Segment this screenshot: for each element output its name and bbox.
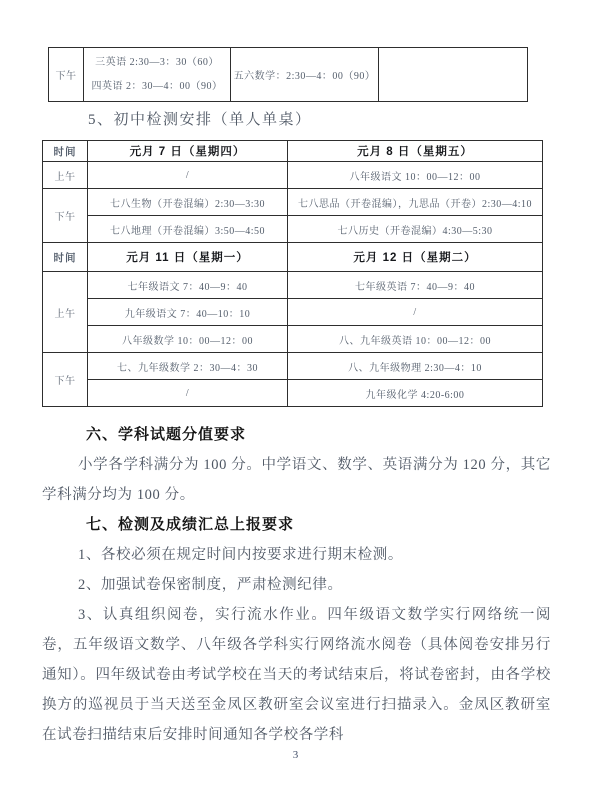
section7-item-3: 3、认真组织阅卷，实行流水作业。四年级语文数学实行网络统一阅卷，五年级语文数学、… — [42, 600, 551, 750]
time-slot-morning: 上午 — [43, 272, 88, 353]
exam-cell: 七八地理（开卷混编）3:50—4:50 — [88, 216, 288, 243]
section7-item-1: 1、各校必须在规定时间内按要求进行期末检测。 — [42, 540, 551, 570]
exam-cell: 七年级语文 7：40—9：40 — [88, 272, 288, 299]
empty-slash-cell: / — [88, 380, 288, 407]
exam-cell: 八年级数学 10：00—12：00 — [88, 326, 288, 353]
header-date-jan7: 元月 7 日（星期四） — [88, 141, 288, 162]
time-slot-afternoon: 下午 — [43, 353, 88, 407]
body-content: 六、学科试题分值要求 小学各学科满分为 100 分。中学语文、数学、英语满分为 … — [42, 420, 551, 750]
header-date-jan11: 元月 11 日（星期一） — [88, 243, 288, 272]
exam-cell: 七、九年级数学 2：30—4：30 — [88, 353, 288, 380]
exam-cell-english-3-4: 三英语 2:30—3：30（60）四英语 2：30—4：00（90） — [84, 48, 231, 102]
empty-slash-cell: / — [88, 162, 288, 189]
section7-item-2: 2、加强试卷保密制度，严肃检测纪律。 — [42, 570, 551, 600]
section6-paragraph: 小学各学科满分为 100 分。中学语文、数学、英语满分为 120 分，其它学科满… — [42, 450, 551, 510]
empty-cell — [379, 48, 528, 102]
header-time: 时间 — [43, 243, 88, 272]
section5-title: 5、初中检测安排（单人单桌） — [42, 108, 551, 129]
exam-cell: 九年级语文 7：40—10：10 — [88, 299, 288, 326]
section7-title: 七、检测及成绩汇总上报要求 — [42, 510, 551, 540]
exam-cell: 七八思品（开卷混编），九思品（开卷）2:30—4:10 — [288, 189, 543, 216]
header-date-jan8: 元月 8 日（星期五） — [288, 141, 543, 162]
exam-cell-math-5-6: 五六数学：2:30—4：00（90） — [231, 48, 379, 102]
exam-cell: 九年级化学 4:20-6:00 — [288, 380, 543, 407]
exam-cell: 七八历史（开卷混编）4:30—5:30 — [288, 216, 543, 243]
exam-cell: 七八生物（开卷混编）2:30—3:30 — [88, 189, 288, 216]
empty-slash-cell: / — [288, 299, 543, 326]
exam-cell: 七年级英语 7：40—9：40 — [288, 272, 543, 299]
time-slot-afternoon: 下午 — [43, 189, 88, 243]
exam-cell: 八年级语文 10：00—12：00 — [288, 162, 543, 189]
middle-school-exam-table: 时间元月 7 日（星期四）元月 8 日（星期五）上午/八年级语文 10：00—1… — [42, 140, 543, 407]
elementary-afternoon-table: 下午三英语 2:30—3：30（60）四英语 2：30—4：00（90）五六数学… — [48, 47, 528, 102]
exam-cell: 八、九年级物理 2:30—4：10 — [288, 353, 543, 380]
header-date-jan12: 元月 12 日（星期二） — [288, 243, 543, 272]
exam-cell: 八、九年级英语 10：00—12：00 — [288, 326, 543, 353]
time-slot-afternoon: 下午 — [49, 48, 84, 102]
cell-line: 四英语 2：30—4：00（90） — [86, 75, 228, 99]
cell-line: 三英语 2:30—3：30（60） — [86, 51, 228, 75]
time-slot-morning: 上午 — [43, 162, 88, 189]
page-number: 3 — [0, 749, 591, 761]
header-time: 时间 — [43, 141, 88, 162]
section6-title: 六、学科试题分值要求 — [42, 420, 551, 450]
document-page: 下午三英语 2:30—3：30（60）四英语 2：30—4：00（90）五六数学… — [0, 0, 591, 807]
